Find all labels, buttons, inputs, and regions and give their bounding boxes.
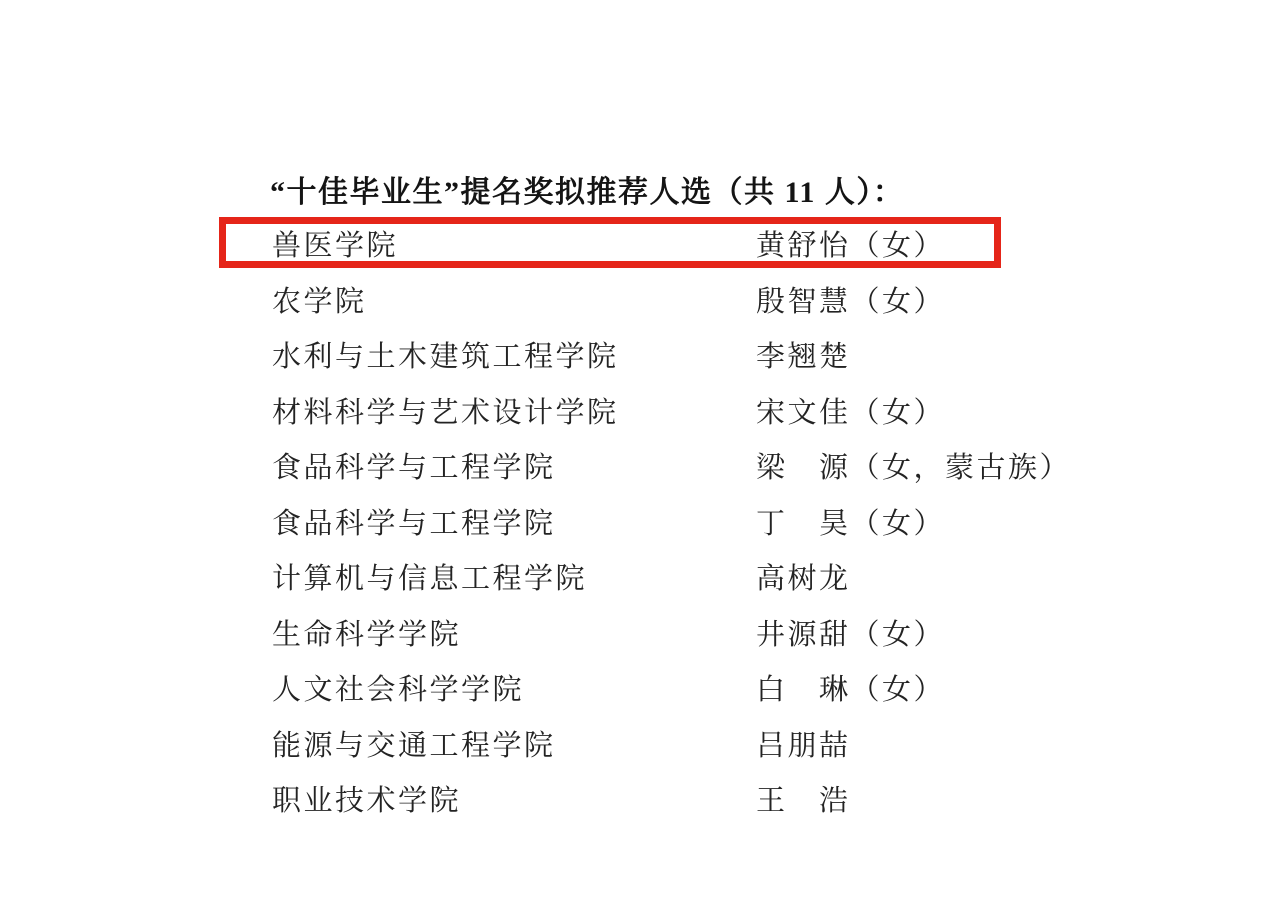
candidate-row: 水利与土木建筑工程学院 李翘楚 <box>272 327 1092 383</box>
candidate-row: 食品科学与工程学院 丁 昊（女） <box>272 494 1092 550</box>
candidate-name: 王 浩 <box>756 778 851 819</box>
candidate-name: 白 琳（女） <box>756 667 945 708</box>
candidate-row: 职业技术学院 王 浩 <box>272 771 1092 827</box>
college-name: 人文社会科学学院 <box>272 667 756 708</box>
college-name: 生命科学学院 <box>272 612 756 653</box>
candidate-row: 食品科学与工程学院 梁 源（女，蒙古族） <box>272 438 1092 494</box>
college-name: 食品科学与工程学院 <box>272 501 756 542</box>
college-name: 兽医学院 <box>272 223 756 264</box>
candidate-list: 兽医学院 黄舒怡（女） 农学院 殷智慧（女） 水利与土木建筑工程学院 李翘楚 材… <box>272 216 1092 827</box>
college-name: 职业技术学院 <box>272 778 756 819</box>
candidate-name: 李翘楚 <box>756 334 851 375</box>
candidate-row: 生命科学学院 井源甜（女） <box>272 605 1092 661</box>
candidate-name: 黄舒怡（女） <box>756 223 945 264</box>
candidate-row: 材料科学与艺术设计学院 宋文佳（女） <box>272 383 1092 439</box>
candidate-name: 井源甜（女） <box>756 612 945 653</box>
candidate-name: 吕朋喆 <box>756 723 851 764</box>
candidate-name: 高树龙 <box>756 556 851 597</box>
candidate-row: 兽医学院 黄舒怡（女） <box>272 216 1092 272</box>
candidate-name: 殷智慧（女） <box>756 279 945 320</box>
candidate-name: 宋文佳（女） <box>756 390 945 431</box>
college-name: 农学院 <box>272 279 756 320</box>
college-name: 计算机与信息工程学院 <box>272 556 756 597</box>
candidate-name: 梁 源（女，蒙古族） <box>756 445 1071 486</box>
college-name: 材料科学与艺术设计学院 <box>272 390 756 431</box>
candidate-row: 能源与交通工程学院 吕朋喆 <box>272 716 1092 772</box>
page-title: “十佳毕业生”提名奖拟推荐人选（共 11 人）： <box>270 167 904 211</box>
college-name: 水利与土木建筑工程学院 <box>272 334 756 375</box>
document-page: “十佳毕业生”提名奖拟推荐人选（共 11 人）： 兽医学院 黄舒怡（女） 农学院… <box>0 0 1280 909</box>
candidate-name: 丁 昊（女） <box>756 501 945 542</box>
candidate-row: 计算机与信息工程学院 高树龙 <box>272 549 1092 605</box>
college-name: 能源与交通工程学院 <box>272 723 756 764</box>
candidate-row: 农学院 殷智慧（女） <box>272 272 1092 328</box>
candidate-row: 人文社会科学学院 白 琳（女） <box>272 660 1092 716</box>
college-name: 食品科学与工程学院 <box>272 445 756 486</box>
